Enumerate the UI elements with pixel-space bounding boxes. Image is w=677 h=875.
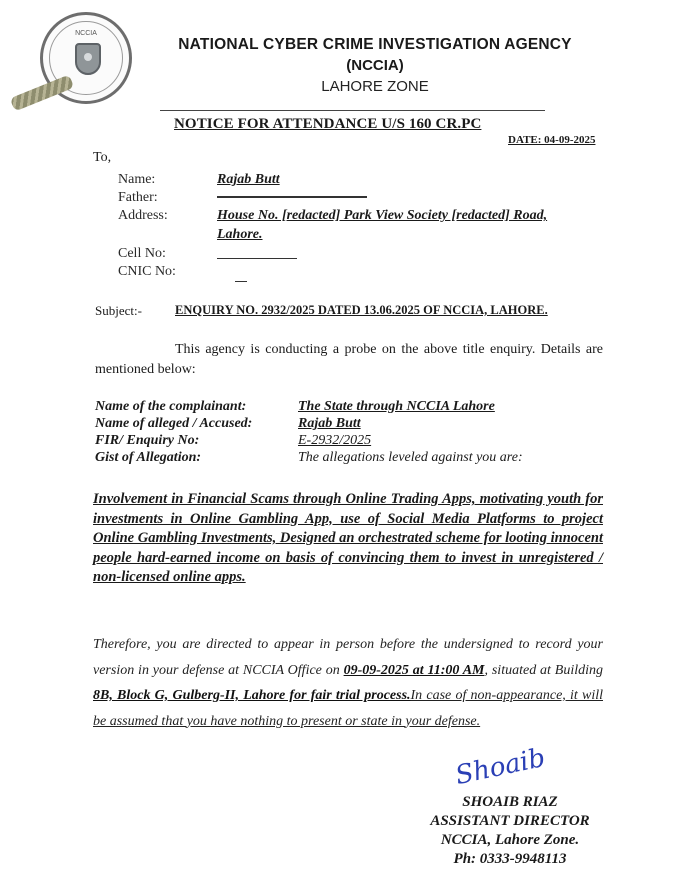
cell-value-redacted [217, 258, 297, 259]
detail-key: Name of the complainant: [95, 399, 246, 415]
address-label: Address: [118, 208, 168, 224]
detail-value: Rajab Butt [298, 416, 361, 432]
allegation-text: Involvement in Financial Scams through O… [93, 490, 603, 588]
shield-icon [75, 43, 101, 75]
subject-value: ENQUIRY NO. 2932/2025 DATED 13.06.2025 O… [175, 303, 548, 318]
notice-title: NOTICE FOR ATTENDANCE U/S 160 CR.PC [174, 116, 481, 133]
signatory-title: ASSISTANT DIRECTOR [380, 812, 640, 831]
father-label: Father: [118, 190, 158, 206]
name-label: Name: [118, 172, 155, 188]
address-value: House No. [redacted] Park View Society [… [217, 208, 602, 224]
detail-value: The State through NCCIA Lahore [298, 399, 495, 415]
org-name: NATIONAL CYBER CRIME INVESTIGATION AGENC… [140, 36, 610, 54]
notice-date: DATE: 04-09-2025 [508, 134, 595, 146]
org-zone: LAHORE ZONE [140, 78, 610, 95]
signatory-phone: Ph: 0333-9948113 [380, 850, 640, 869]
subject-label: Subject:- [95, 303, 142, 319]
father-value-redacted [217, 196, 367, 198]
detail-value: The allegations leveled against you are: [298, 450, 523, 466]
header-divider [160, 110, 545, 111]
detail-key: Gist of Allegation: [95, 450, 201, 466]
directive-paragraph: Therefore, you are directed to appear in… [93, 632, 603, 734]
appearance-location: 8B, Block G, Gulberg-II, Lahore for fair… [93, 688, 411, 703]
to-label: To, [93, 150, 111, 166]
org-abbr: (NCCIA) [140, 57, 610, 74]
detail-value: E-2932/2025 [298, 433, 371, 449]
signatory-name: SHOAIB RIAZ [380, 793, 640, 812]
signature-scrawl: Shoaib [453, 743, 548, 791]
logo-text: NCCIA [43, 30, 129, 37]
cnic-value-redacted [235, 281, 247, 282]
intro-paragraph: This agency is conducting a probe on the… [95, 340, 603, 380]
appearance-datetime: 09-09-2025 at 11:00 AM [344, 663, 485, 678]
cnic-label: CNIC No: [118, 264, 176, 280]
detail-key: FIR/ Enquiry No: [95, 433, 199, 449]
cell-label: Cell No: [118, 246, 166, 262]
address-line2: Lahore. [217, 227, 263, 243]
signature-block: SHOAIB RIAZ ASSISTANT DIRECTOR NCCIA, La… [380, 793, 640, 869]
name-value: Rajab Butt [217, 172, 280, 188]
detail-key: Name of alleged / Accused: [95, 416, 252, 432]
signatory-office: NCCIA, Lahore Zone. [380, 831, 640, 850]
